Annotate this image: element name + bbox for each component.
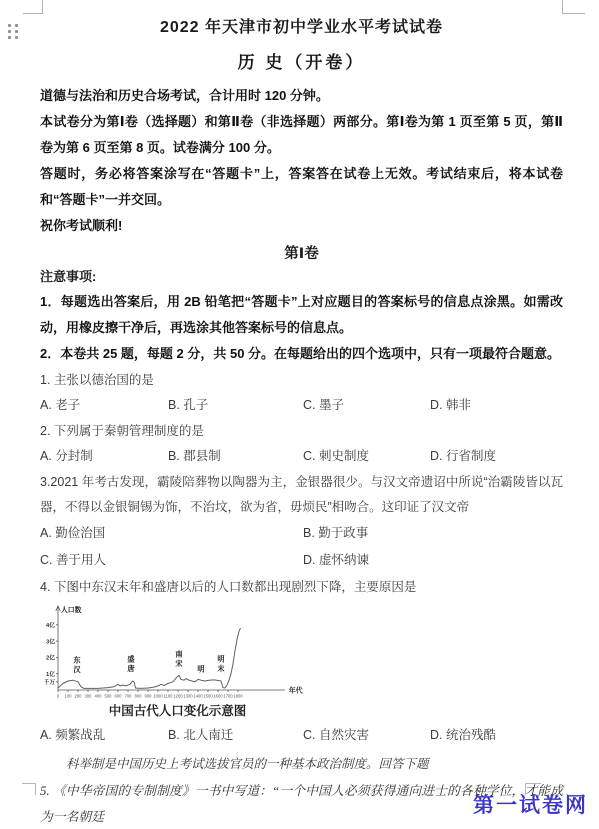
question-2-stem: 2. 下列属于秦朝管理制度的是 bbox=[40, 419, 563, 444]
option-d: D. 韩非 bbox=[430, 393, 563, 418]
exam-paper-page: 2022 年天津市初中学业水平考试试卷 历 史（开卷） 道德与法治和历史合场考试… bbox=[0, 0, 599, 829]
svg-text:东汉: 东汉 bbox=[73, 655, 81, 674]
svg-text:5千万: 5千万 bbox=[45, 678, 55, 686]
svg-text:1亿: 1亿 bbox=[46, 670, 55, 678]
svg-text:1000: 1000 bbox=[153, 694, 163, 699]
question-3-stem: 3.2021 年考古发现，霸陵陪葬物以陶器为主，金银器很少。与汉文帝遗诏中所说“… bbox=[40, 470, 563, 520]
svg-text:1200: 1200 bbox=[173, 694, 183, 699]
option-c: C. 自然灾害 bbox=[303, 723, 430, 748]
population-chart: 人口数年代5千万1亿2亿3亿4亿010020030040050060070080… bbox=[45, 602, 310, 701]
question-3-options: A. 勤俭治国 B. 勤于政事 C. 善于用人 D. 虚怀纳谏 bbox=[40, 520, 563, 574]
instruction-wish: 祝你考试顺利! bbox=[40, 213, 563, 239]
svg-text:500: 500 bbox=[105, 694, 113, 699]
option-c: C. 刺史制度 bbox=[303, 444, 430, 469]
page-title: 2022 年天津市初中学业水平考试试卷 bbox=[40, 14, 563, 37]
instruction-answering: 答题时，务必将答案涂写在“答题卡”上，答案答在试卷上无效。考试结束后，将本试卷和… bbox=[40, 161, 563, 213]
svg-text:700: 700 bbox=[125, 694, 133, 699]
question-4-options: A. 频繁战乱 B. 北人南迁 C. 自然灾害 D. 统治残酷 bbox=[40, 723, 563, 748]
option-c: C. 墨子 bbox=[303, 393, 430, 418]
subject-title: 历 史（开卷） bbox=[40, 48, 563, 73]
option-b: B. 郡县制 bbox=[168, 444, 303, 469]
svg-text:1800: 1800 bbox=[233, 694, 243, 699]
option-a: A. 老子 bbox=[40, 393, 168, 418]
section-heading: 第Ⅰ卷 bbox=[40, 242, 563, 263]
question-2-options: A. 分封制 B. 郡县制 C. 刺史制度 D. 行省制度 bbox=[40, 444, 563, 469]
question-4-stem: 4. 下图中东汉末年和盛唐以后的人口数都出现剧烈下降，主要原因是 bbox=[40, 575, 563, 600]
svg-text:0: 0 bbox=[57, 694, 60, 699]
svg-text:明: 明 bbox=[197, 664, 205, 673]
svg-text:1700: 1700 bbox=[223, 694, 233, 699]
svg-text:1500: 1500 bbox=[203, 694, 213, 699]
site-watermark: 第一试卷网 bbox=[473, 789, 588, 819]
exam-instructions: 道德与法治和历史合场考试，合计用时 120 分钟。 本试卷分为第Ⅰ卷（选择题）和… bbox=[40, 83, 563, 239]
crop-mark-bottom-left bbox=[22, 783, 36, 795]
svg-text:1600: 1600 bbox=[213, 694, 223, 699]
svg-text:南宋: 南宋 bbox=[175, 650, 183, 669]
svg-text:600: 600 bbox=[115, 694, 123, 699]
option-a: A. 频繁战乱 bbox=[40, 723, 168, 748]
chart-caption: 中国古代人口变化示意图 bbox=[45, 701, 310, 719]
question-5-context: 科举制是中国历史上考试选拔官员的一种基本政治制度。回答下题 bbox=[40, 751, 563, 777]
svg-text:人口数: 人口数 bbox=[61, 605, 82, 614]
svg-text:400: 400 bbox=[95, 694, 103, 699]
question-4: 4. 下图中东汉末年和盛唐以后的人口数都出现剧烈下降，主要原因是 人口数年代5千… bbox=[40, 575, 563, 748]
option-b: B. 孔子 bbox=[168, 393, 303, 418]
option-a: A. 勤俭治国 bbox=[40, 520, 303, 547]
svg-text:900: 900 bbox=[145, 694, 153, 699]
option-b: B. 北人南迁 bbox=[168, 723, 303, 748]
svg-text:100: 100 bbox=[65, 694, 73, 699]
option-a: A. 分封制 bbox=[40, 444, 168, 469]
option-d: D. 统治残酷 bbox=[430, 723, 563, 748]
crop-mark-top-right bbox=[562, 0, 585, 14]
option-b: B. 勤于政事 bbox=[303, 520, 563, 547]
svg-text:盛唐: 盛唐 bbox=[126, 654, 135, 673]
svg-text:年代: 年代 bbox=[289, 686, 303, 695]
svg-text:3亿: 3亿 bbox=[46, 637, 55, 645]
svg-text:300: 300 bbox=[85, 694, 93, 699]
instruction-duration: 道德与法治和历史合场考试，合计用时 120 分钟。 bbox=[40, 83, 563, 109]
drag-handle-icon[interactable] bbox=[8, 24, 18, 39]
instruction-structure: 本试卷分为第Ⅰ卷（选择题）和第Ⅱ卷（非选择题）两部分。第Ⅰ卷为第 1 页至第 5… bbox=[40, 109, 563, 161]
svg-text:2亿: 2亿 bbox=[46, 654, 55, 662]
svg-text:800: 800 bbox=[135, 694, 143, 699]
svg-text:1400: 1400 bbox=[193, 694, 203, 699]
question-3: 3.2021 年考古发现，霸陵陪葬物以陶器为主，金银器很少。与汉文帝遗诏中所说“… bbox=[40, 470, 563, 574]
crop-mark-top-left bbox=[23, 0, 43, 14]
question-1: 1. 主张以德治国的是 A. 老子 B. 孔子 C. 墨子 D. 韩非 bbox=[40, 368, 563, 418]
option-d: D. 虚怀纳谏 bbox=[303, 547, 563, 574]
population-chart-figure: 人口数年代5千万1亿2亿3亿4亿010020030040050060070080… bbox=[45, 602, 315, 719]
svg-text:200: 200 bbox=[75, 694, 83, 699]
note-item-1: 1．每题选出答案后，用 2B 铅笔把“答题卡”上对应题目的答案标号的信息点涂黑。… bbox=[40, 289, 563, 341]
option-c: C. 善于用人 bbox=[40, 547, 303, 574]
svg-text:1100: 1100 bbox=[163, 694, 173, 699]
svg-text:1300: 1300 bbox=[183, 694, 193, 699]
question-2: 2. 下列属于秦朝管理制度的是 A. 分封制 B. 郡县制 C. 刺史制度 D.… bbox=[40, 419, 563, 469]
document-content: 2022 年天津市初中学业水平考试试卷 历 史（开卷） 道德与法治和历史合场考试… bbox=[0, 0, 599, 829]
notes-title: 注意事项: bbox=[40, 264, 563, 289]
question-1-options: A. 老子 B. 孔子 C. 墨子 D. 韩非 bbox=[40, 393, 563, 418]
option-d: D. 行省制度 bbox=[430, 444, 563, 469]
svg-text:4亿: 4亿 bbox=[46, 621, 55, 629]
question-1-stem: 1. 主张以德治国的是 bbox=[40, 368, 563, 393]
note-item-2: 2．本卷共 25 题，每题 2 分，共 50 分。在每题给出的四个选项中，只有一… bbox=[40, 341, 563, 367]
svg-text:明末: 明末 bbox=[217, 654, 225, 673]
